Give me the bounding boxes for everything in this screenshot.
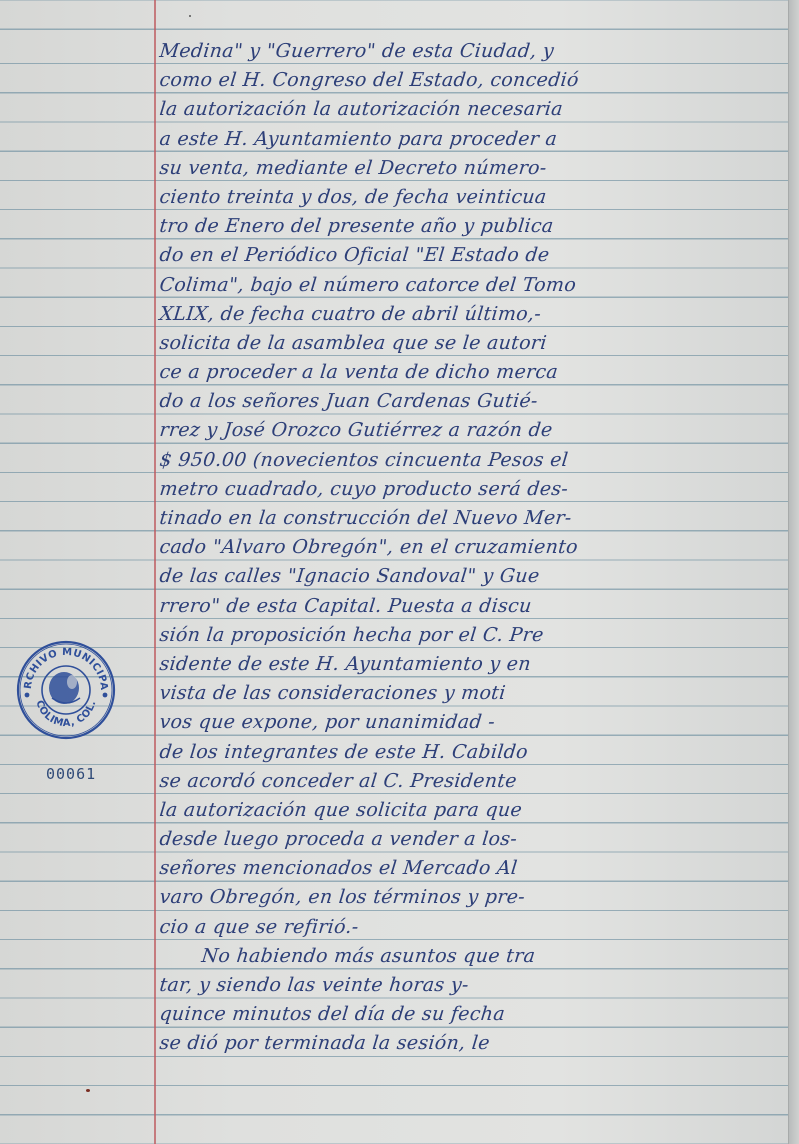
handwritten-line: de los integrantes de este H. Cabildo bbox=[158, 738, 791, 767]
ledger-page: Medina" y "Guerrero" de esta Ciudad, yco… bbox=[0, 0, 799, 1144]
handwritten-line: do en el Periódico Oficial "El Estado de bbox=[158, 241, 791, 270]
mexican-coat-of-arms-icon bbox=[49, 672, 80, 704]
handwritten-line: tro de Enero del presente año y publica bbox=[158, 212, 791, 241]
handwritten-line: su venta, mediante el Decreto número- bbox=[158, 154, 791, 183]
handwritten-line: varo Obregón, en los términos y pre- bbox=[158, 883, 791, 912]
handwritten-line: desde luego proceda a vender a los- bbox=[158, 825, 791, 854]
handwritten-line: de las calles "Ignacio Sandoval" y Gue bbox=[158, 562, 791, 591]
handwritten-line: cio a que se refirió.- bbox=[158, 913, 791, 942]
handwritten-line: No habiendo más asuntos que tra bbox=[158, 942, 791, 971]
handwritten-line: la autorización que solicita para que bbox=[158, 796, 791, 825]
handwritten-line: se dió por terminada la sesión, le bbox=[158, 1029, 791, 1058]
handwritten-line: Medina" y "Guerrero" de esta Ciudad, y bbox=[158, 37, 791, 66]
handwritten-line: como el H. Congreso del Estado, concedió bbox=[158, 66, 791, 95]
handwritten-line: vos que expone, por unanimidad - bbox=[158, 708, 791, 737]
handwritten-line: cado "Alvaro Obregón", en el cruzamiento bbox=[158, 533, 791, 562]
handwritten-line: rrez y José Orozco Gutiérrez a razón de bbox=[158, 416, 791, 445]
ink-speck bbox=[86, 1089, 90, 1092]
handwritten-line: se acordó conceder al C. Presidente bbox=[158, 767, 791, 796]
handwritten-line: Colima", bajo el número catorce del Tomo bbox=[158, 271, 791, 300]
handwritten-line: ce a proceder a la venta de dicho merca bbox=[158, 358, 791, 387]
handwritten-line: $ 950.00 (novecientos cincuenta Pesos el bbox=[158, 446, 791, 475]
handwritten-line: quince minutos del día de su fecha bbox=[158, 1000, 791, 1029]
handwritten-line: vista de las consideraciones y moti bbox=[158, 679, 791, 708]
paper-speck bbox=[189, 15, 191, 17]
handwritten-line: XLIX, de fecha cuatro de abril último,- bbox=[158, 300, 791, 329]
handwritten-line: la autorización la autorización necesari… bbox=[158, 95, 791, 124]
handwritten-line: sión la proposición hecha por el C. Pre bbox=[158, 621, 791, 650]
handwritten-line: sidente de este H. Ayuntamiento y en bbox=[158, 650, 791, 679]
margin-rule bbox=[154, 0, 156, 1144]
archive-stamp: ARCHIVO MUNICIPAL COLIMA, COL. bbox=[14, 638, 118, 742]
handwritten-line: ciento treinta y dos, de fecha veinticua bbox=[158, 183, 791, 212]
handwritten-line: tar, y siendo las veinte horas y- bbox=[158, 971, 791, 1000]
archive-stamp-seal: ARCHIVO MUNICIPAL COLIMA, COL. bbox=[14, 638, 118, 742]
handwritten-line: metro cuadrado, cuyo producto será des- bbox=[158, 475, 791, 504]
folio-number: 00061 bbox=[46, 765, 96, 783]
handwritten-line: a este H. Ayuntamiento para proceder a bbox=[158, 125, 791, 154]
handwritten-line: do a los señores Juan Cardenas Gutié- bbox=[158, 387, 791, 416]
handwritten-line: tinado en la construcción del Nuevo Mer- bbox=[158, 504, 791, 533]
handwritten-text-body: Medina" y "Guerrero" de esta Ciudad, yco… bbox=[158, 37, 788, 1059]
handwritten-line: rrero" de esta Capital. Puesta a discu bbox=[158, 592, 791, 621]
handwritten-line: solicita de la asamblea que se le autori bbox=[158, 329, 791, 358]
handwritten-line: señores mencionados el Mercado Al bbox=[158, 854, 791, 883]
